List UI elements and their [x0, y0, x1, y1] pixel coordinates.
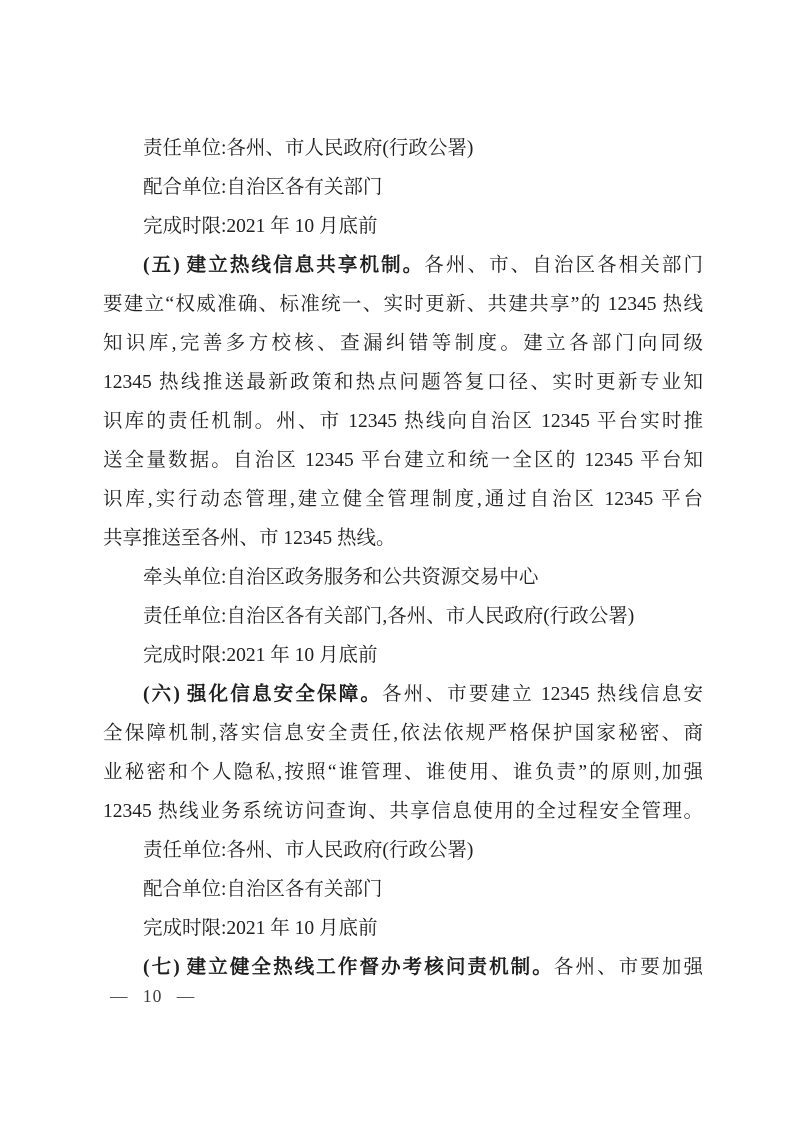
- document-line: 知识库,完善多方校核、查漏纠错等制度。建立各部门向同级: [103, 324, 703, 363]
- section-heading-line: (六) 强化信息安全保障。各州、市要建立 12345 热线信息安: [103, 675, 703, 714]
- document-body: 责任单位:各州、市人民政府(行政公署) 配合单位:自治区各有关部门 完成时限:2…: [103, 129, 703, 987]
- document-line: 责任单位:各州、市人民政府(行政公署): [103, 129, 703, 168]
- section-heading-line: (五) 建立热线信息共享机制。各州、市、自治区各相关部门: [103, 246, 703, 285]
- document-line: 责任单位:各州、市人民政府(行政公署): [103, 831, 703, 870]
- line-text: 12345 热线推送最新政策和热点问题答复口径、实时更新专业知: [103, 372, 703, 393]
- page-number: — 10 —: [110, 983, 195, 1009]
- line-text: 识库的责任机制。州、市 12345 热线向自治区 12345 平台实时推: [103, 411, 703, 432]
- section-7-heading: (七) 建立健全热线工作督办考核问责机制。: [143, 957, 554, 978]
- document-line: 识库,实行动态管理,建立健全管理制度,通过自治区 12345 平台: [103, 480, 703, 519]
- line-text: 全保障机制,落实信息安全责任,依法依规严格保护国家秘密、商: [103, 723, 703, 744]
- line-text: 配合单位:自治区各有关部门: [143, 177, 382, 198]
- document-line: 完成时限:2021 年 10 月底前: [103, 636, 703, 675]
- document-line: 配合单位:自治区各有关部门: [103, 870, 703, 909]
- line-text: 完成时限:2021 年 10 月底前: [143, 216, 378, 237]
- document-line: 责任单位:自治区各有关部门,各州、市人民政府(行政公署): [103, 597, 703, 636]
- section-heading-line: (七) 建立健全热线工作督办考核问责机制。各州、市要加强: [103, 948, 703, 987]
- document-line: 12345 热线推送最新政策和热点问题答复口径、实时更新专业知: [103, 363, 703, 402]
- document-line: 配合单位:自治区各有关部门: [103, 168, 703, 207]
- line-text: 牵头单位:自治区政务服务和公共资源交易中心: [143, 567, 538, 588]
- document-line: 送全量数据。自治区 12345 平台建立和统一全区的 12345 平台知: [103, 441, 703, 480]
- document-line: 完成时限:2021 年 10 月底前: [103, 909, 703, 948]
- document-line: 共享推送至各州、市 12345 热线。: [103, 519, 703, 558]
- line-text: 识库,实行动态管理,建立健全管理制度,通过自治区 12345 平台: [103, 489, 703, 510]
- section-5-heading: (五) 建立热线信息共享机制。: [143, 255, 424, 276]
- document-line: 业秘密和个人隐私,按照“谁管理、谁使用、谁负责”的原则,加强: [103, 753, 703, 792]
- line-text: 送全量数据。自治区 12345 平台建立和统一全区的 12345 平台知: [103, 450, 703, 471]
- line-text: 共享推送至各州、市 12345 热线。: [103, 528, 396, 549]
- line-text: 12345 热线业务系统访问查询、共享信息使用的全过程安全管理。: [103, 801, 703, 822]
- line-text: 知识库,完善多方校核、查漏纠错等制度。建立各部门向同级: [103, 333, 703, 354]
- line-text: 完成时限:2021 年 10 月底前: [143, 918, 378, 939]
- line-text: 各州、市要加强: [554, 957, 703, 978]
- document-page: { "colors": { "background": "#ffffff", "…: [0, 0, 793, 1122]
- line-text: 各州、市、自治区各相关部门: [424, 255, 703, 276]
- document-line: 识库的责任机制。州、市 12345 热线向自治区 12345 平台实时推: [103, 402, 703, 441]
- line-text: 配合单位:自治区各有关部门: [143, 879, 382, 900]
- document-line: 完成时限:2021 年 10 月底前: [103, 207, 703, 246]
- line-text: 责任单位:各州、市人民政府(行政公署): [143, 138, 473, 159]
- line-text: 责任单位:各州、市人民政府(行政公署): [143, 840, 473, 861]
- line-text: 完成时限:2021 年 10 月底前: [143, 645, 378, 666]
- document-line: 全保障机制,落实信息安全责任,依法依规严格保护国家秘密、商: [103, 714, 703, 753]
- line-text: 各州、市要建立 12345 热线信息安: [382, 684, 703, 705]
- line-text: 要建立“权威准确、标准统一、实时更新、共建共享”的 12345 热线: [103, 294, 703, 315]
- document-line: 12345 热线业务系统访问查询、共享信息使用的全过程安全管理。: [103, 792, 703, 831]
- line-text: 业秘密和个人隐私,按照“谁管理、谁使用、谁负责”的原则,加强: [103, 762, 703, 783]
- document-line: 要建立“权威准确、标准统一、实时更新、共建共享”的 12345 热线: [103, 285, 703, 324]
- section-6-heading: (六) 强化信息安全保障。: [143, 684, 382, 705]
- document-line: 牵头单位:自治区政务服务和公共资源交易中心: [103, 558, 703, 597]
- line-text: 责任单位:自治区各有关部门,各州、市人民政府(行政公署): [143, 606, 634, 627]
